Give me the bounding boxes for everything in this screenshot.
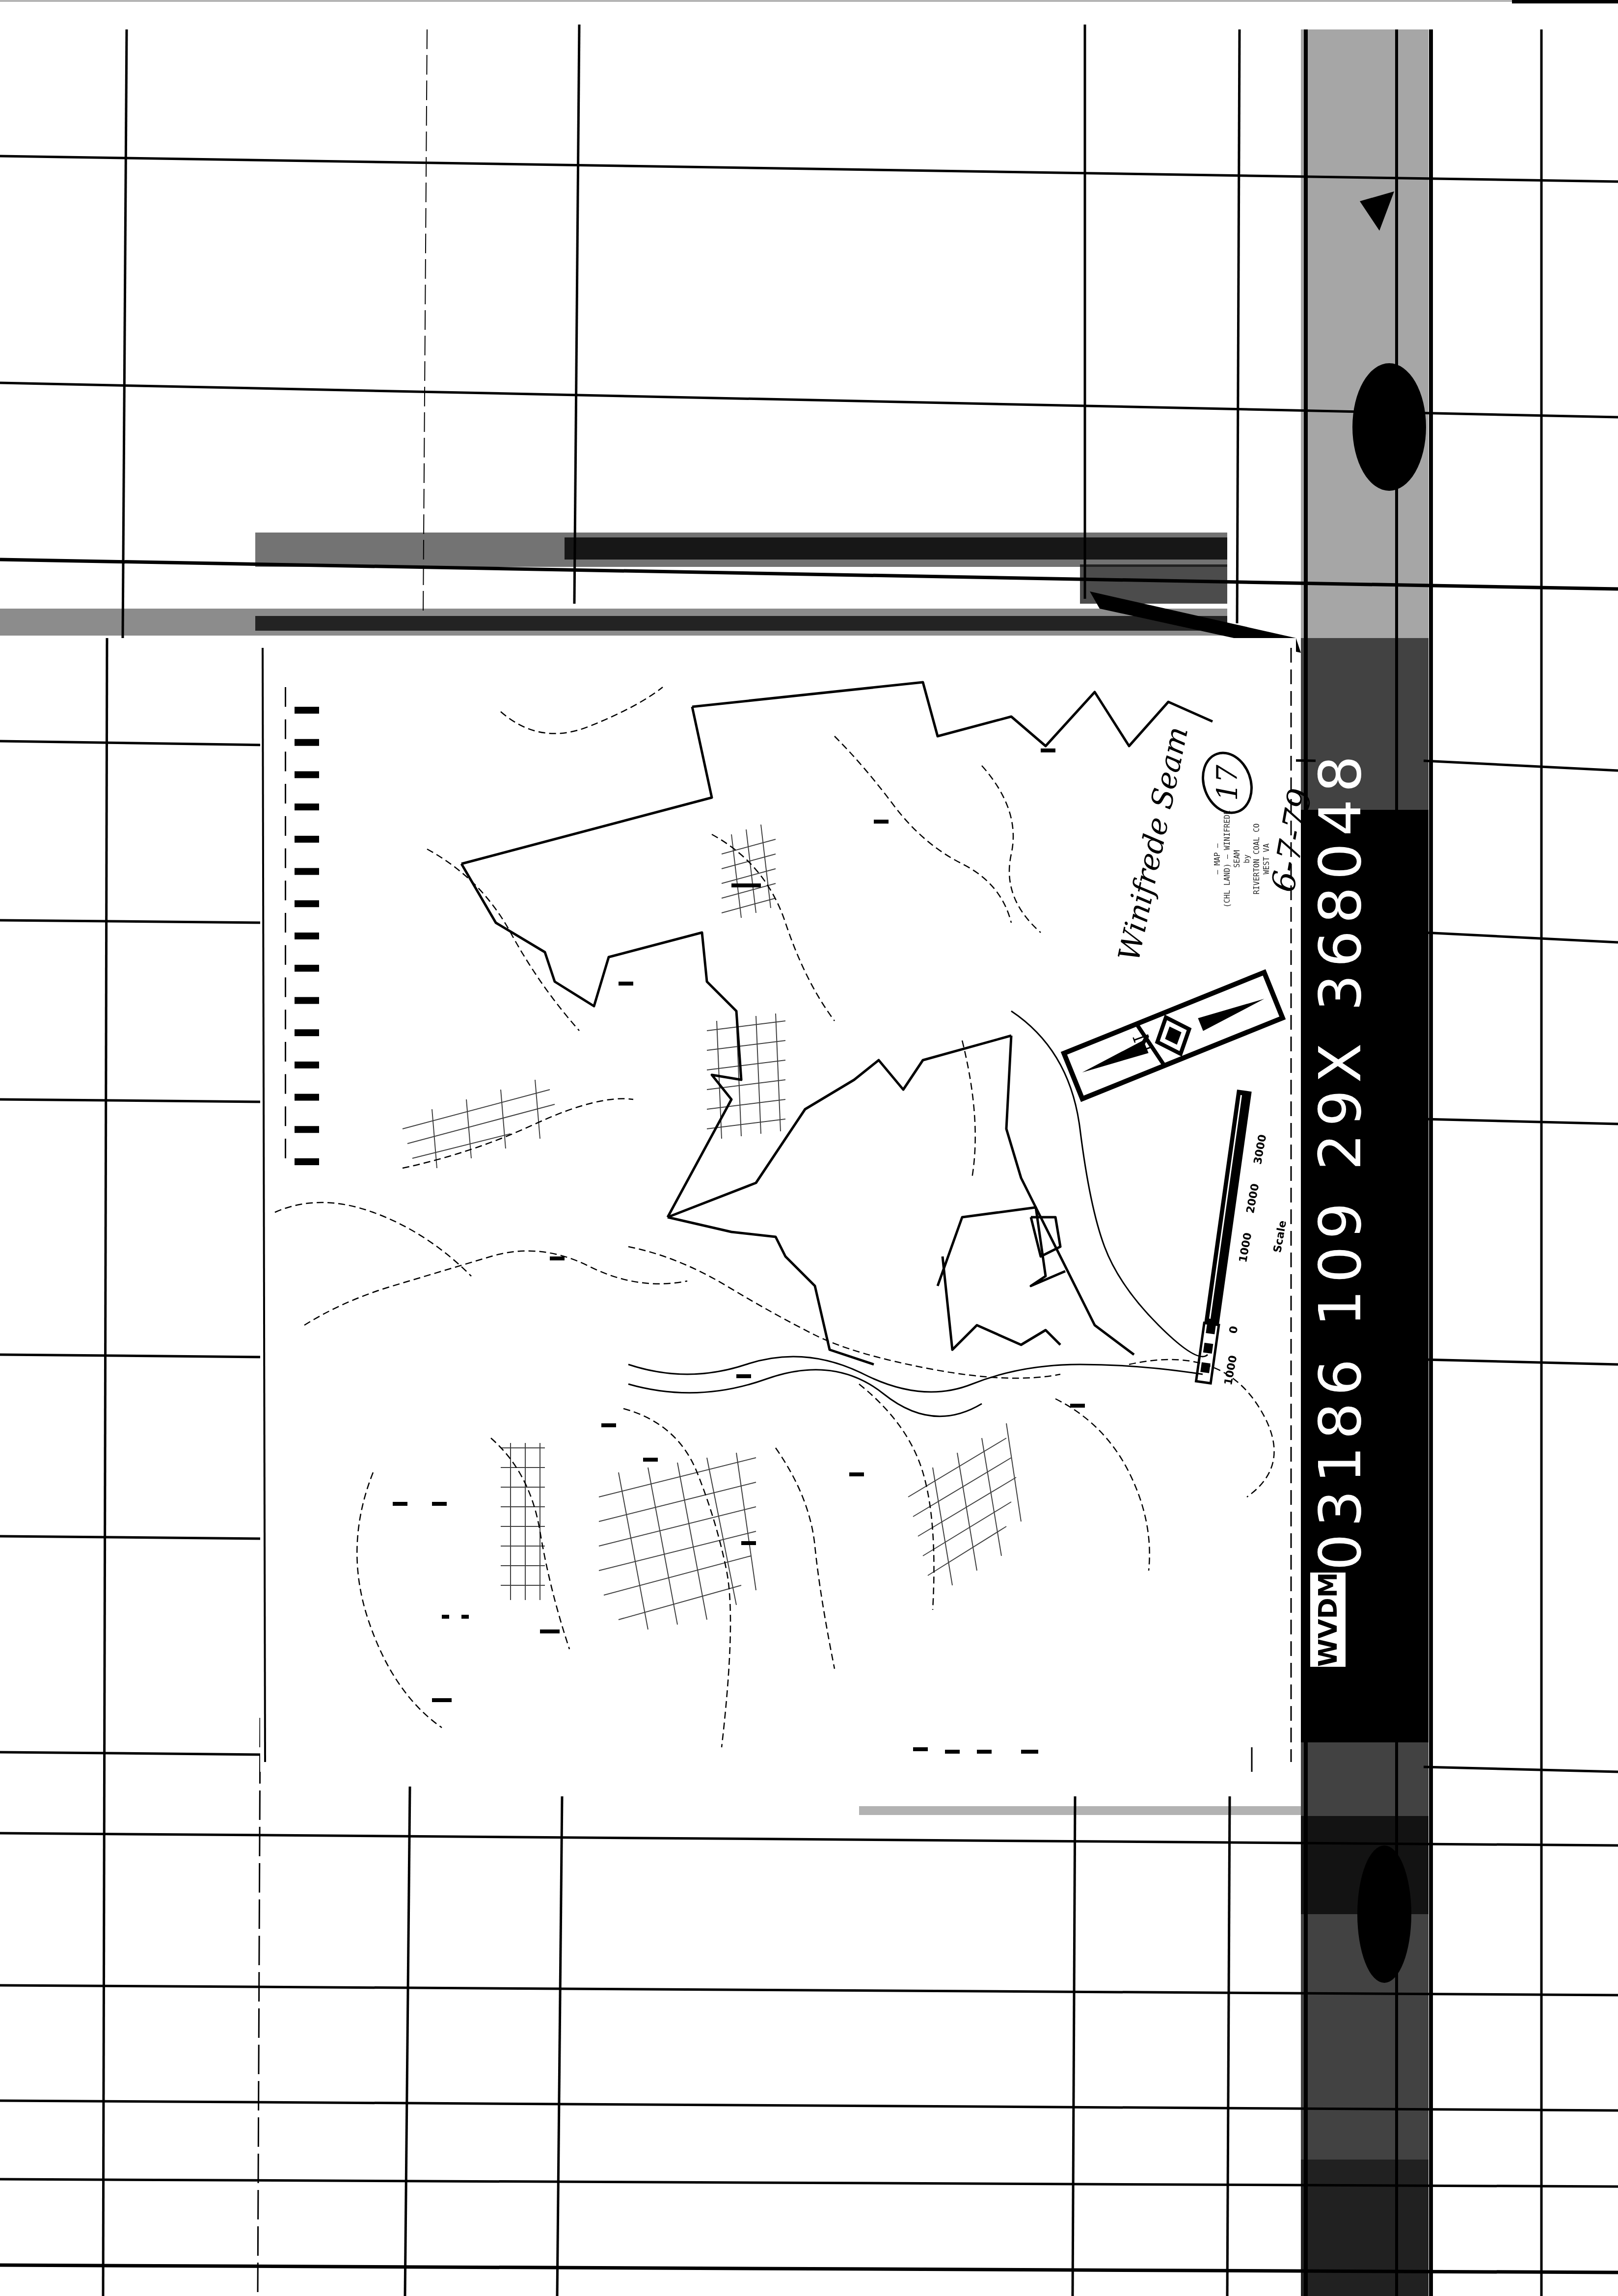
legend-marker <box>295 771 319 778</box>
legend-marker <box>295 1062 319 1068</box>
legend-marker <box>295 868 319 875</box>
legend-marker <box>295 836 319 843</box>
title-block: — MAP — (CHL LAND) — WINIFREDE SEAM by R… <box>1213 805 1271 913</box>
legend-marker <box>295 739 319 746</box>
legend-marker <box>295 1094 319 1101</box>
legend-marker <box>295 1029 319 1036</box>
title-line: (CHL LAND) — WINIFREDE SEAM <box>1222 805 1242 913</box>
legend-marker <box>295 1126 319 1133</box>
legend-marker <box>295 965 319 972</box>
title-line: WEST VA <box>1262 805 1271 913</box>
legend-marker <box>295 803 319 810</box>
legend-marker <box>295 707 319 714</box>
wvdm-label: WVDM <box>1308 1571 1348 1669</box>
title-line: by <box>1242 805 1252 913</box>
legend-marker <box>295 1158 319 1165</box>
legend-marker <box>295 933 319 939</box>
title-line: RIVERTON COAL CO <box>1252 805 1262 913</box>
legend-marker <box>295 900 319 907</box>
legend-marker <box>295 997 319 1004</box>
sheet-number-text: 17 <box>1198 765 1257 801</box>
scanned-map-sheet <box>0 0 1618 2296</box>
title-line: — MAP — <box>1213 805 1222 913</box>
card-identifier: 03186 109 29X 368048 <box>1306 844 1375 1571</box>
